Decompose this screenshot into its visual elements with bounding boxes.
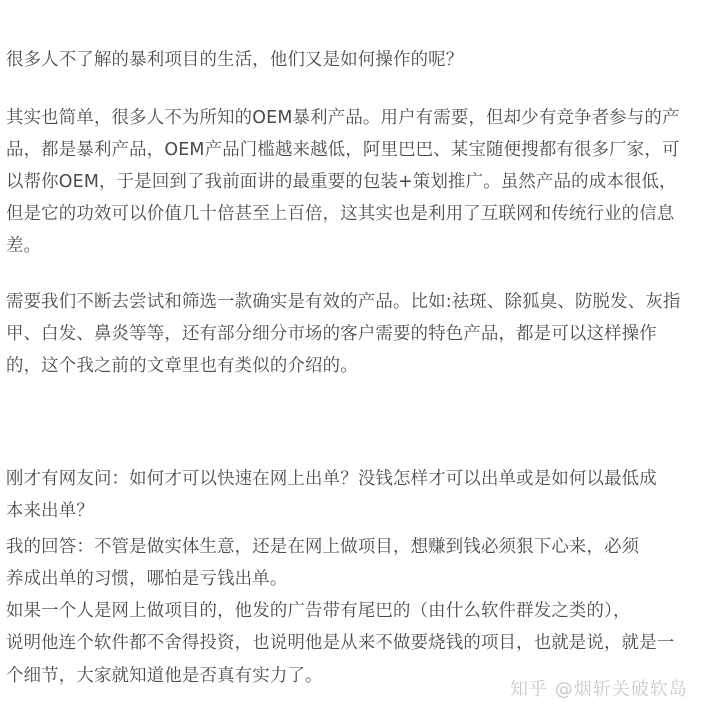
text-line: 本来出单？ (6, 500, 94, 522)
text-line: 的，这个我之前的文章里也有类似的介绍的。 (6, 355, 358, 377)
text-line: 如果一个人是网上做项目的，他发的广告带有尾巴的（由什么软件群发之类的）， (6, 600, 631, 622)
text-line: 甲、白发、鼻炎等等，还有部分细分市场的客户需要的特色产品，都是可以这样操作 (6, 323, 657, 345)
text-line: 以帮你OEM，于是回到了我前面讲的最重要的包装+策划推广。虽然产品的成本很低， (6, 171, 677, 193)
text-line: 刚才有网友问：如何才可以快速在网上出单？没钱怎样才可以出单或是如何以最低成 (6, 468, 657, 490)
text-line: 养成出单的习惯，哪怕是亏钱出单。 (6, 568, 287, 590)
text-line: 很多人不了解的暴利项目的生活，他们又是如何操作的呢？ (6, 49, 463, 71)
text-line: 其实也简单，很多人不为所知的OEM暴利产品。用户有需要，但却少有竞争者参与的产 (6, 107, 680, 129)
text-line: 差。 (6, 235, 41, 257)
text-line: 我的回答：不管是做实体生意，还是在网上做项目，想赚到钱必须狠下心来，必须 (6, 536, 639, 558)
text-line: 但是它的功效可以价值几十倍甚至上百倍，这其实也是利用了互联网和传统行业的信息 (6, 203, 674, 225)
zhihu-watermark: 知乎 @烟斩关破软岛 (510, 678, 688, 702)
text-line: 个细节，大家就知道他是否真有实力了。 (6, 665, 323, 687)
text-line: 需要我们不断去尝试和筛选一款确实是有效的产品。比如:祛斑、除狐臭、防脱发、灰指 (6, 291, 681, 313)
text-line: 说明他连个软件都不舍得投资，也说明他是从来不做要烧钱的项目，也就是说，就是一 (6, 632, 674, 654)
text-line: 品，都是暴利产品，OEM产品门槛越来越低，阿里巴巴、某宝随便搜都有很多厂家，可 (6, 139, 680, 161)
